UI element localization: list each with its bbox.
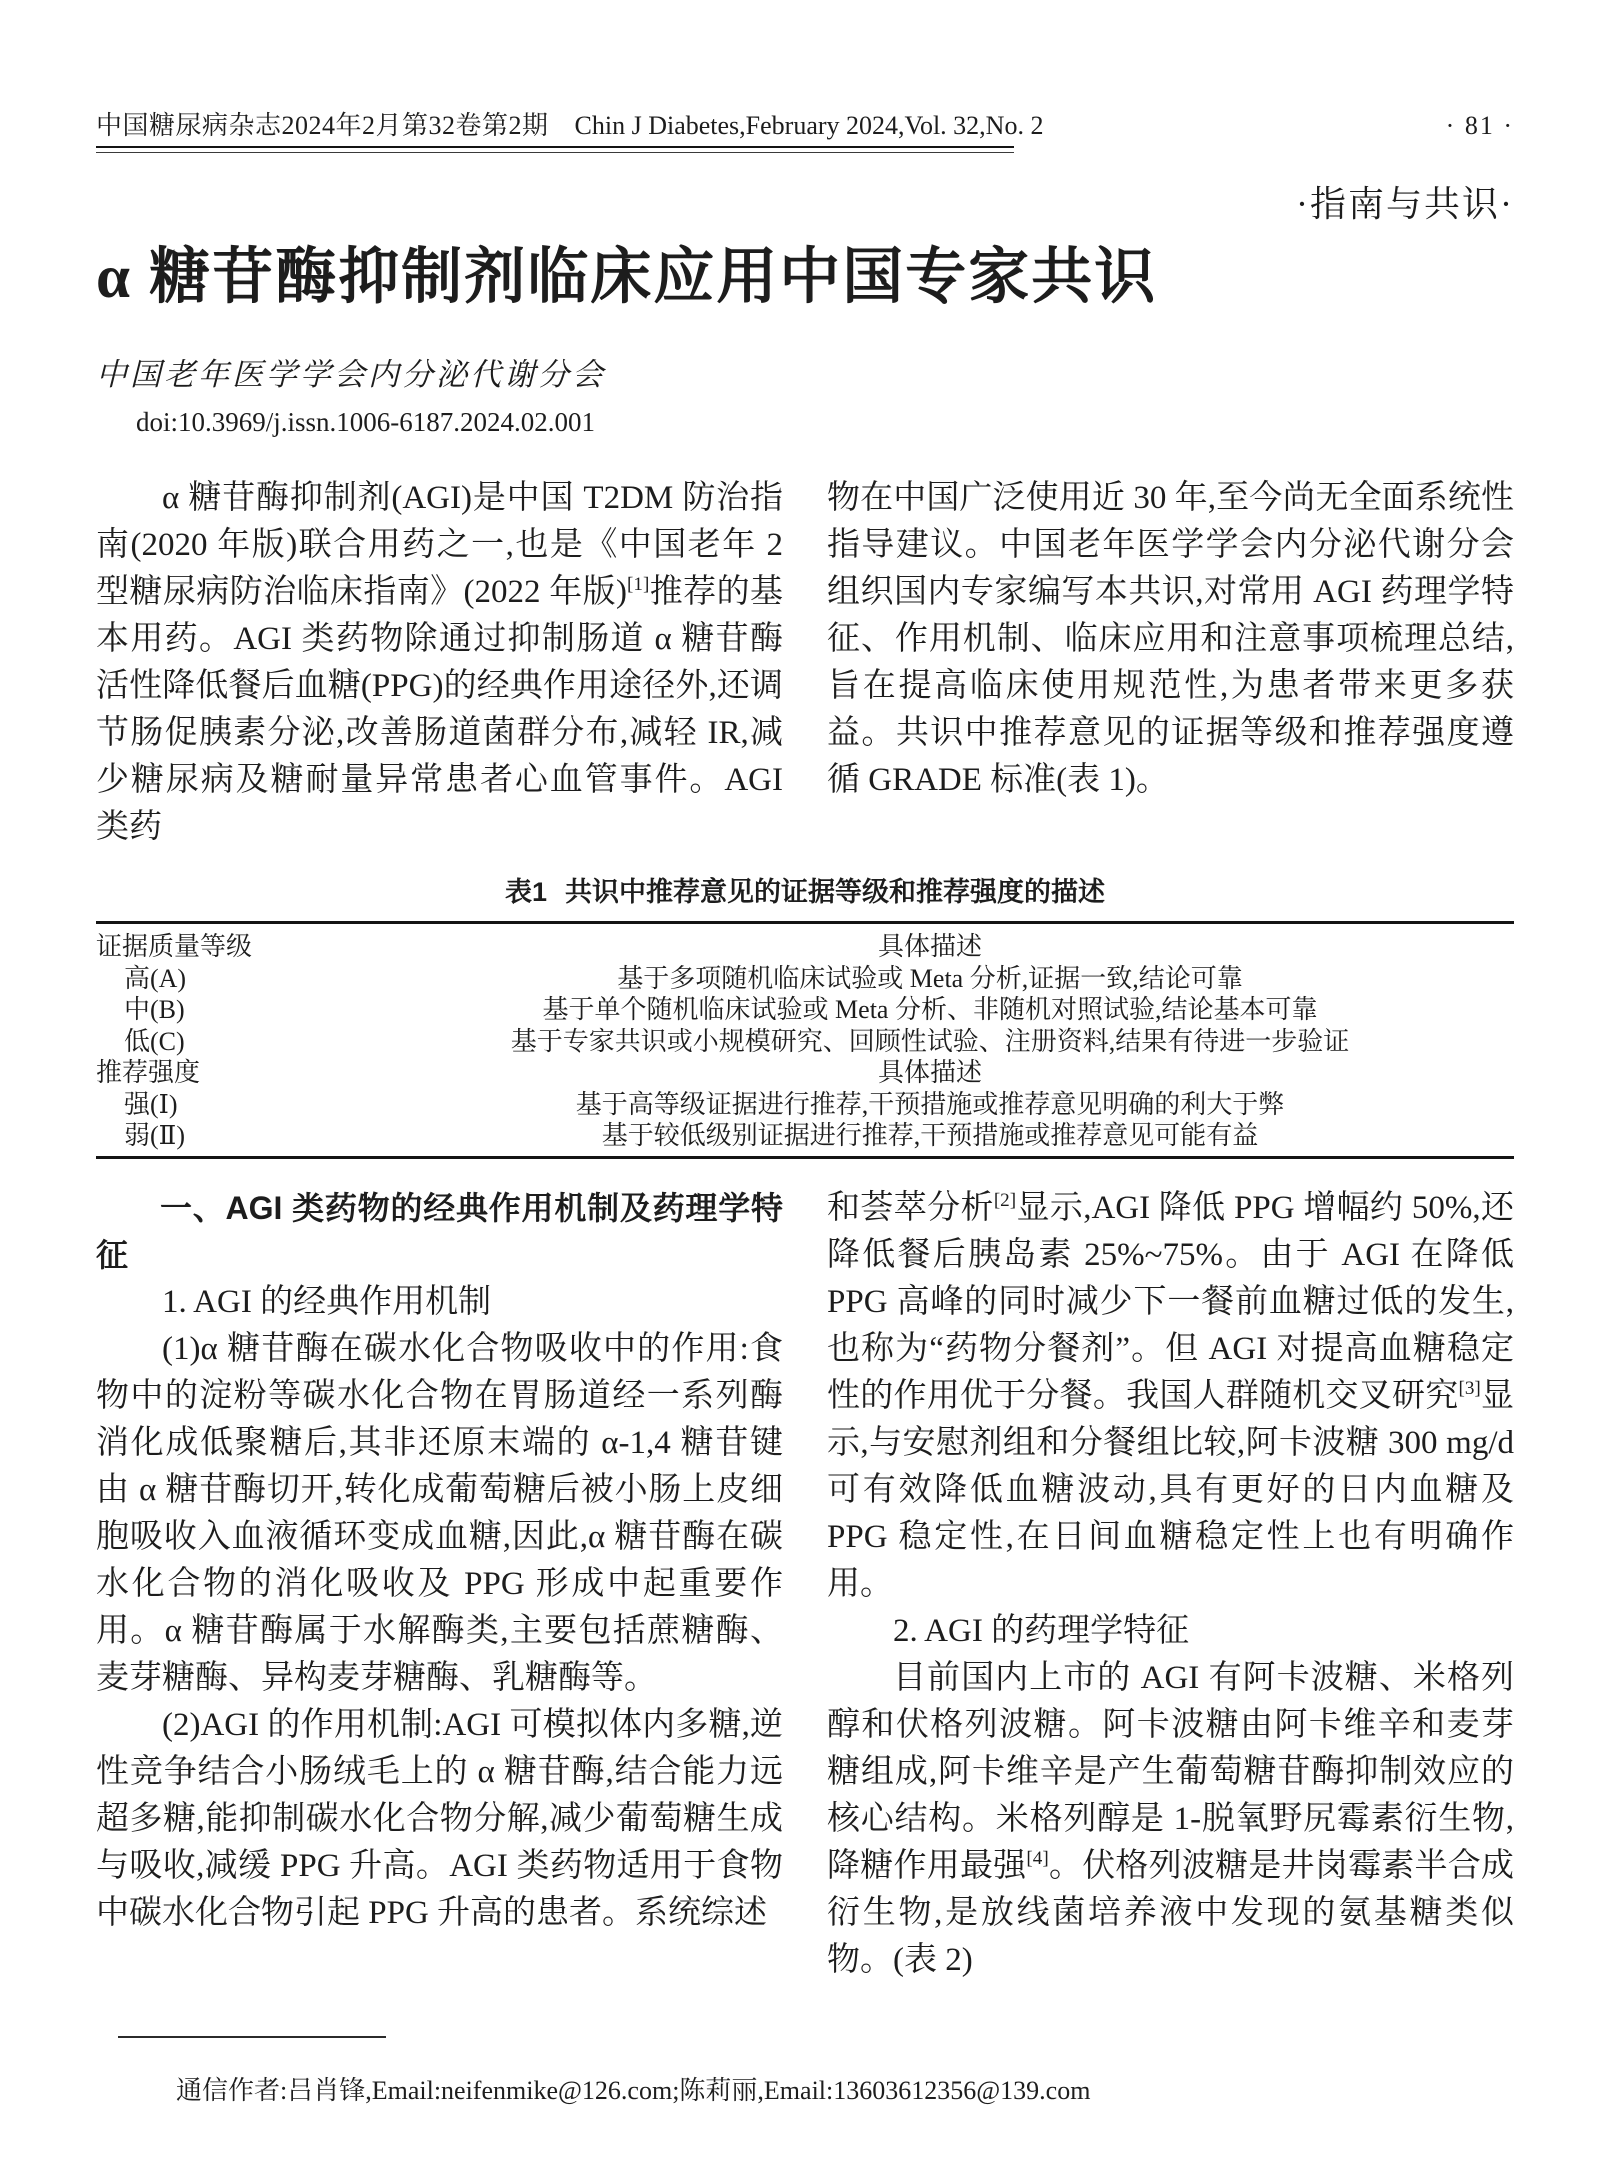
page-number: · 81 · (1446, 110, 1514, 142)
section1-paragraph-3: 目前国内上市的 AGI 有阿卡波糖、米格列醇和伏格列波糖。阿卡波糖由阿卡维辛和麦… (827, 1655, 1514, 1984)
journal-page: 中国糖尿病杂志2024年2月第32卷第2期 Chin J Diabetes,Fe… (0, 0, 1606, 2181)
table-cell-grade: 弱(Ⅱ) (96, 1115, 346, 1152)
intro-right-column: 物在中国广泛使用近 30 年,至今尚无全面系统性指导建议。中国老年医学学会内分泌… (827, 475, 1514, 851)
table1: 证据质量等级 具体描述 高(A) 基于多项随机临床试验或 Meta 分析,证据一… (96, 921, 1514, 1159)
header-rule (96, 146, 1014, 153)
journal-title-en: Chin J Diabetes,February 2024,Vol. 32,No… (575, 110, 1044, 142)
doi-line: doi:10.3969/j.issn.1006-6187.2024.02.001 (96, 405, 1514, 439)
table1-block: 表1共识中推荐意见的证据等级和推荐强度的描述 证据质量等级 具体描述 高(A) … (96, 873, 1514, 1159)
table-row: 中(B) 基于单个随机临床试验或 Meta 分析、非随机对照试验,结论基本可靠 (96, 992, 1514, 1024)
table1-caption-text: 共识中推荐意见的证据等级和推荐强度的描述 (565, 877, 1105, 907)
author-affiliation: 中国老年医学学会内分泌代谢分会 (96, 355, 1514, 395)
article-title: α 糖苷酶抑制剂临床应用中国专家共识 (96, 237, 1514, 319)
table-row: 低(C) 基于专家共识或小规模研究、回顾性试验、注册资料,结果有待进一步验证 (96, 1024, 1514, 1056)
intro-paragraph-left: α 糖苷酶抑制剂(AGI)是中国 T2DM 防治指南(2020 年版)联合用药之… (96, 475, 783, 851)
section1-subheading-2: 2. AGI 的药理学特征 (827, 1608, 1514, 1655)
journal-title-cn: 中国糖尿病杂志2024年2月第32卷第2期 (96, 110, 549, 142)
section1-subheading-1: 1. AGI 的经典作用机制 (96, 1279, 783, 1326)
section1-heading: 一、AGI 类药物的经典作用机制及药理学特征 (96, 1185, 783, 1279)
column-section-label: ·指南与共识· (96, 183, 1514, 225)
page-content: 中国糖尿病杂志2024年2月第32卷第2期 Chin J Diabetes,Fe… (0, 0, 1606, 1984)
table-row: 强(Ⅰ) 基于高等级证据进行推荐,干预措施或推荐意见明确的利大于弊 (96, 1087, 1514, 1119)
table-row: 弱(Ⅱ) 基于较低级别证据进行推荐,干预措施或推荐意见可能有益 (96, 1118, 1514, 1150)
running-head: 中国糖尿病杂志2024年2月第32卷第2期 Chin J Diabetes,Fe… (96, 0, 1514, 142)
footnote-rule (118, 2036, 386, 2038)
intro-left-column: α 糖苷酶抑制剂(AGI)是中国 T2DM 防治指南(2020 年版)联合用药之… (96, 475, 783, 851)
section1-paragraph-1: (1)α 糖苷酶在碳水化合物吸收中的作用:食物中的淀粉等碳水化合物在胃肠道经一系… (96, 1326, 783, 1702)
table-row: 推荐强度 具体描述 (96, 1055, 1514, 1087)
section1-columns: 一、AGI 类药物的经典作用机制及药理学特征 1. AGI 的经典作用机制 (1… (96, 1185, 1514, 1984)
table1-caption-label: 表1 (505, 877, 547, 907)
section1-left-column: 一、AGI 类药物的经典作用机制及药理学特征 1. AGI 的经典作用机制 (1… (96, 1185, 783, 1984)
table-row: 高(A) 基于多项随机临床试验或 Meta 分析,证据一致,结论可靠 (96, 961, 1514, 993)
corresponding-author-note: 通信作者:吕肖锋,Email:neifenmike@126.com;陈莉丽,Em… (96, 2074, 1514, 2108)
footnote-area: 通信作者:吕肖锋,Email:neifenmike@126.com;陈莉丽,Em… (96, 2036, 1514, 2108)
section1-paragraph-2-left: (2)AGI 的作用机制:AGI 可模拟体内多糖,逆性竞争结合小肠绒毛上的 α … (96, 1702, 783, 1937)
section1-paragraph-2-right: 和荟萃分析[2]显示,AGI 降低 PPG 增幅约 50%,还降低餐后胰岛素 2… (827, 1185, 1514, 1608)
section1-right-column: 和荟萃分析[2]显示,AGI 降低 PPG 增幅约 50%,还降低餐后胰岛素 2… (827, 1185, 1514, 1984)
intro-columns: α 糖苷酶抑制剂(AGI)是中国 T2DM 防治指南(2020 年版)联合用药之… (96, 475, 1514, 851)
table1-caption: 表1共识中推荐意见的证据等级和推荐强度的描述 (96, 873, 1514, 911)
table-row: 证据质量等级 具体描述 (96, 929, 1514, 961)
table-cell-description: 基于较低级别证据进行推荐,干预措施或推荐意见可能有益 (346, 1115, 1514, 1152)
intro-paragraph-right: 物在中国广泛使用近 30 年,至今尚无全面系统性指导建议。中国老年医学学会内分泌… (827, 475, 1514, 804)
